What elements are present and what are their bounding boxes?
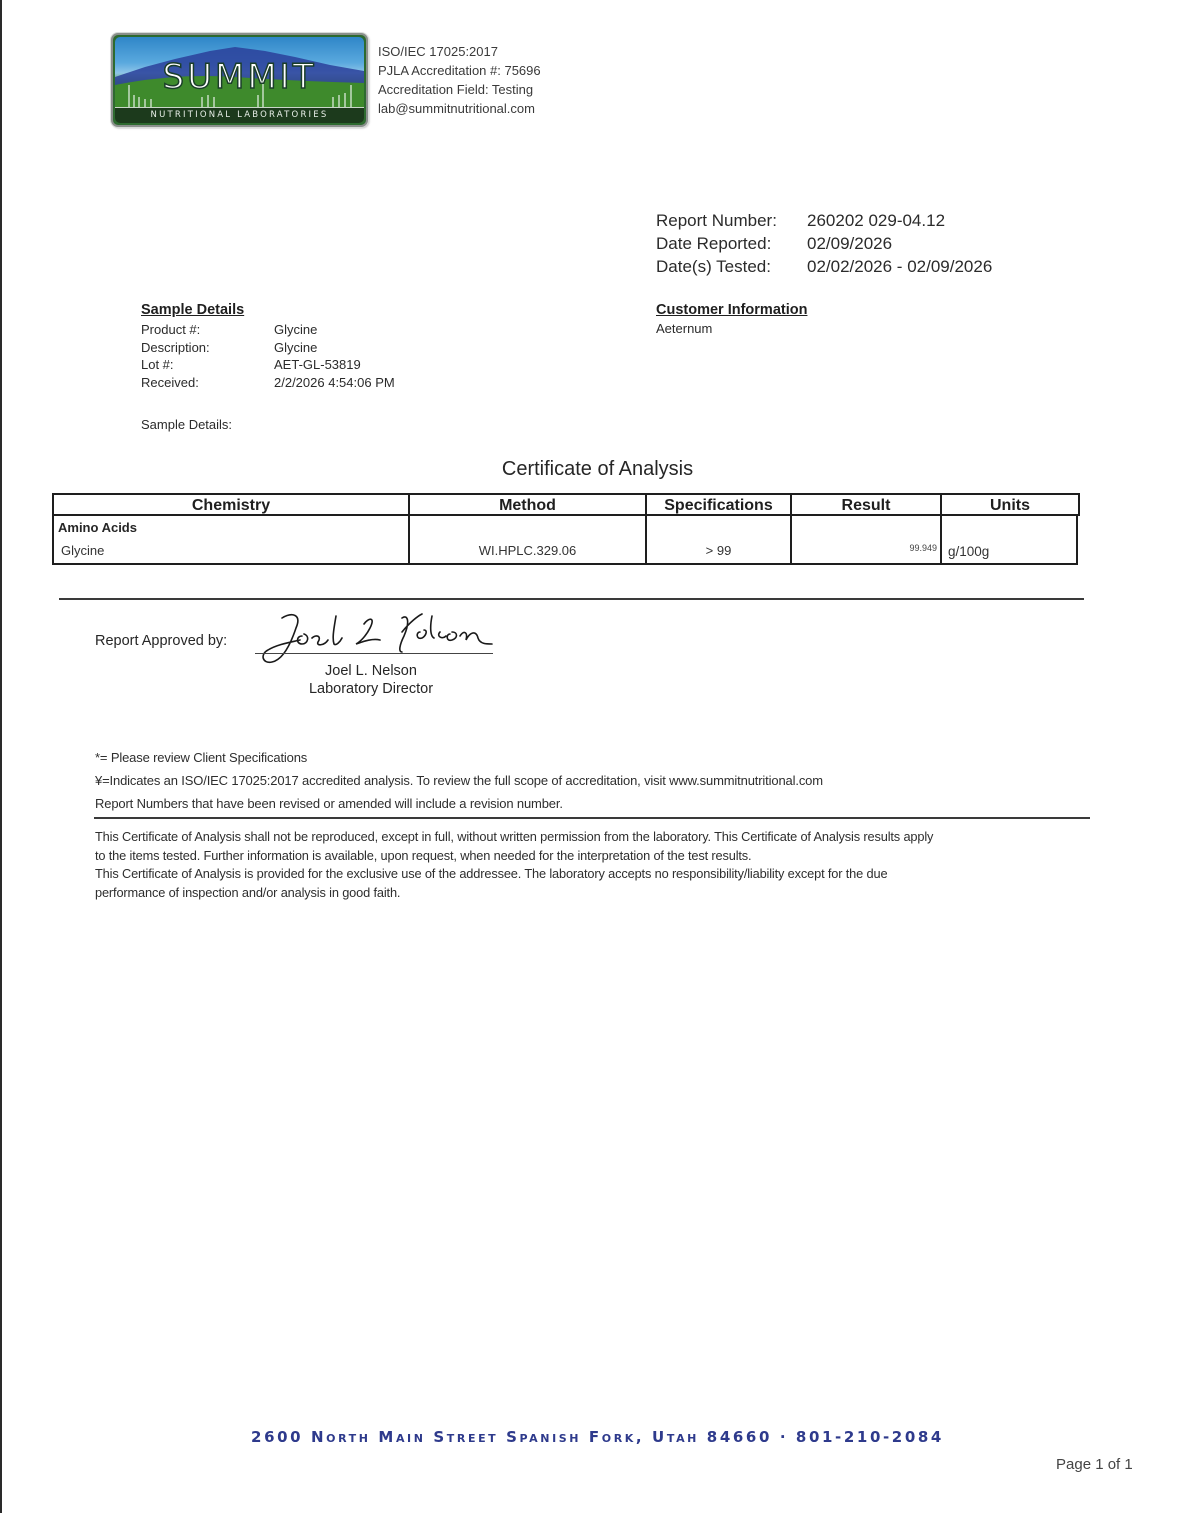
footer-address: 2600 North Main Street Spanish Fork, Uta… [0,1428,1179,1446]
field-label: Product #: [141,321,274,339]
result-value: 99.949 [909,543,937,553]
cell-method: WI.HPLC.329.06 [408,516,645,563]
disclaimer-line: This Certificate of Analysis shall not b… [95,828,1075,847]
sample-details-label: Sample Details: [141,417,232,432]
sample-field-product: Product #: Glycine [141,321,395,339]
table-row: Amino Acids Glycine WI.HPLC.329.06 > 99 … [52,516,1078,565]
column-header-units: Units [940,495,1078,514]
field-value: Glycine [274,321,317,339]
sample-field-lot: Lot #: AET-GL-53819 [141,356,395,374]
column-header-chemistry: Chemistry [54,495,408,514]
report-number-label: Report Number: [656,209,807,232]
date-reported-row: Date Reported: 02/09/2026 [656,232,992,255]
group-label: Amino Acids [58,520,137,535]
method-value: WI.HPLC.329.06 [410,543,645,558]
field-value: AET-GL-53819 [274,356,361,374]
cell-specification: > 99 [645,516,790,563]
accreditation-field: Accreditation Field: Testing [378,80,541,99]
sample-details: Sample Details Product #: Glycine Descri… [141,302,395,391]
customer-info: Customer Information Aeternum [656,302,807,338]
dates-tested-label: Date(s) Tested: [656,255,807,278]
signature-line [255,653,493,654]
accreditation-standard: ISO/IEC 17025:2017 [378,42,541,61]
page-edge [0,0,2,1513]
cell-units: g/100g [940,516,1076,563]
sample-field-received: Received: 2/2/2026 4:54:06 PM [141,374,395,392]
report-info: Report Number: 260202 029-04.12 Date Rep… [656,209,992,278]
dates-tested: 02/02/2026 - 02/09/2026 [807,255,992,278]
dates-tested-row: Date(s) Tested: 02/02/2026 - 02/09/2026 [656,255,992,278]
certificate-title: Certificate of Analysis [0,458,1179,481]
approver-title: Laboratory Director [255,680,487,698]
sample-field-description: Description: Glycine [141,339,395,357]
signature-icon [252,608,497,668]
analyte-name: Glycine [61,543,104,558]
column-header-result: Result [790,495,940,514]
logo-wordmark: SUMMIT [115,57,364,97]
disclaimer-line: This Certificate of Analysis is provided… [95,865,1075,884]
note-revisions: Report Numbers that have been revised or… [95,792,823,815]
approver: Joel L. Nelson Laboratory Director [255,662,487,698]
approved-by-label: Report Approved by: [95,633,227,649]
lab-email: lab@summitnutritional.com [378,99,541,118]
page-number: Page 1 of 1 [1056,1456,1133,1473]
column-header-method: Method [408,495,645,514]
approver-name: Joel L. Nelson [255,662,487,680]
units-value: g/100g [948,544,989,559]
summit-logo: SUMMIT NUTRITIONAL LABORATORIES [111,33,368,127]
disclaimer-line: to the items tested. Further information… [95,847,1075,866]
note-accredited: ¥=Indicates an ISO/IEC 17025:2017 accred… [95,769,823,792]
logo-subtitle: NUTRITIONAL LABORATORIES [115,107,364,123]
date-reported: 02/09/2026 [807,232,892,255]
divider [59,598,1084,600]
disclaimer-line: performance of inspection and/or analysi… [95,884,1075,903]
accreditation-number: PJLA Accreditation #: 75696 [378,61,541,80]
notes: *= Please review Client Specifications ¥… [95,746,823,815]
field-label: Lot #: [141,356,274,374]
report-number-row: Report Number: 260202 029-04.12 [656,209,992,232]
customer-info-heading: Customer Information [656,302,807,318]
specification-value: > 99 [647,543,790,558]
note-client-specs: *= Please review Client Specifications [95,746,823,769]
divider [94,817,1090,819]
accreditation-info: ISO/IEC 17025:2017 PJLA Accreditation #:… [378,42,541,118]
cell-result: 99.949 [790,516,940,563]
report-number: 260202 029-04.12 [807,209,945,232]
date-reported-label: Date Reported: [656,232,807,255]
cell-chemistry: Amino Acids Glycine [54,516,408,563]
field-value: Glycine [274,339,317,357]
field-label: Description: [141,339,274,357]
results-table: Chemistry Method Specifications Result U… [52,493,1080,565]
customer-name: Aeternum [656,320,807,338]
field-label: Received: [141,374,274,392]
table-header: Chemistry Method Specifications Result U… [52,493,1080,516]
field-value: 2/2/2026 4:54:06 PM [274,374,395,392]
column-header-specifications: Specifications [645,495,790,514]
sample-details-heading: Sample Details [141,302,395,318]
disclaimer: This Certificate of Analysis shall not b… [95,828,1075,902]
